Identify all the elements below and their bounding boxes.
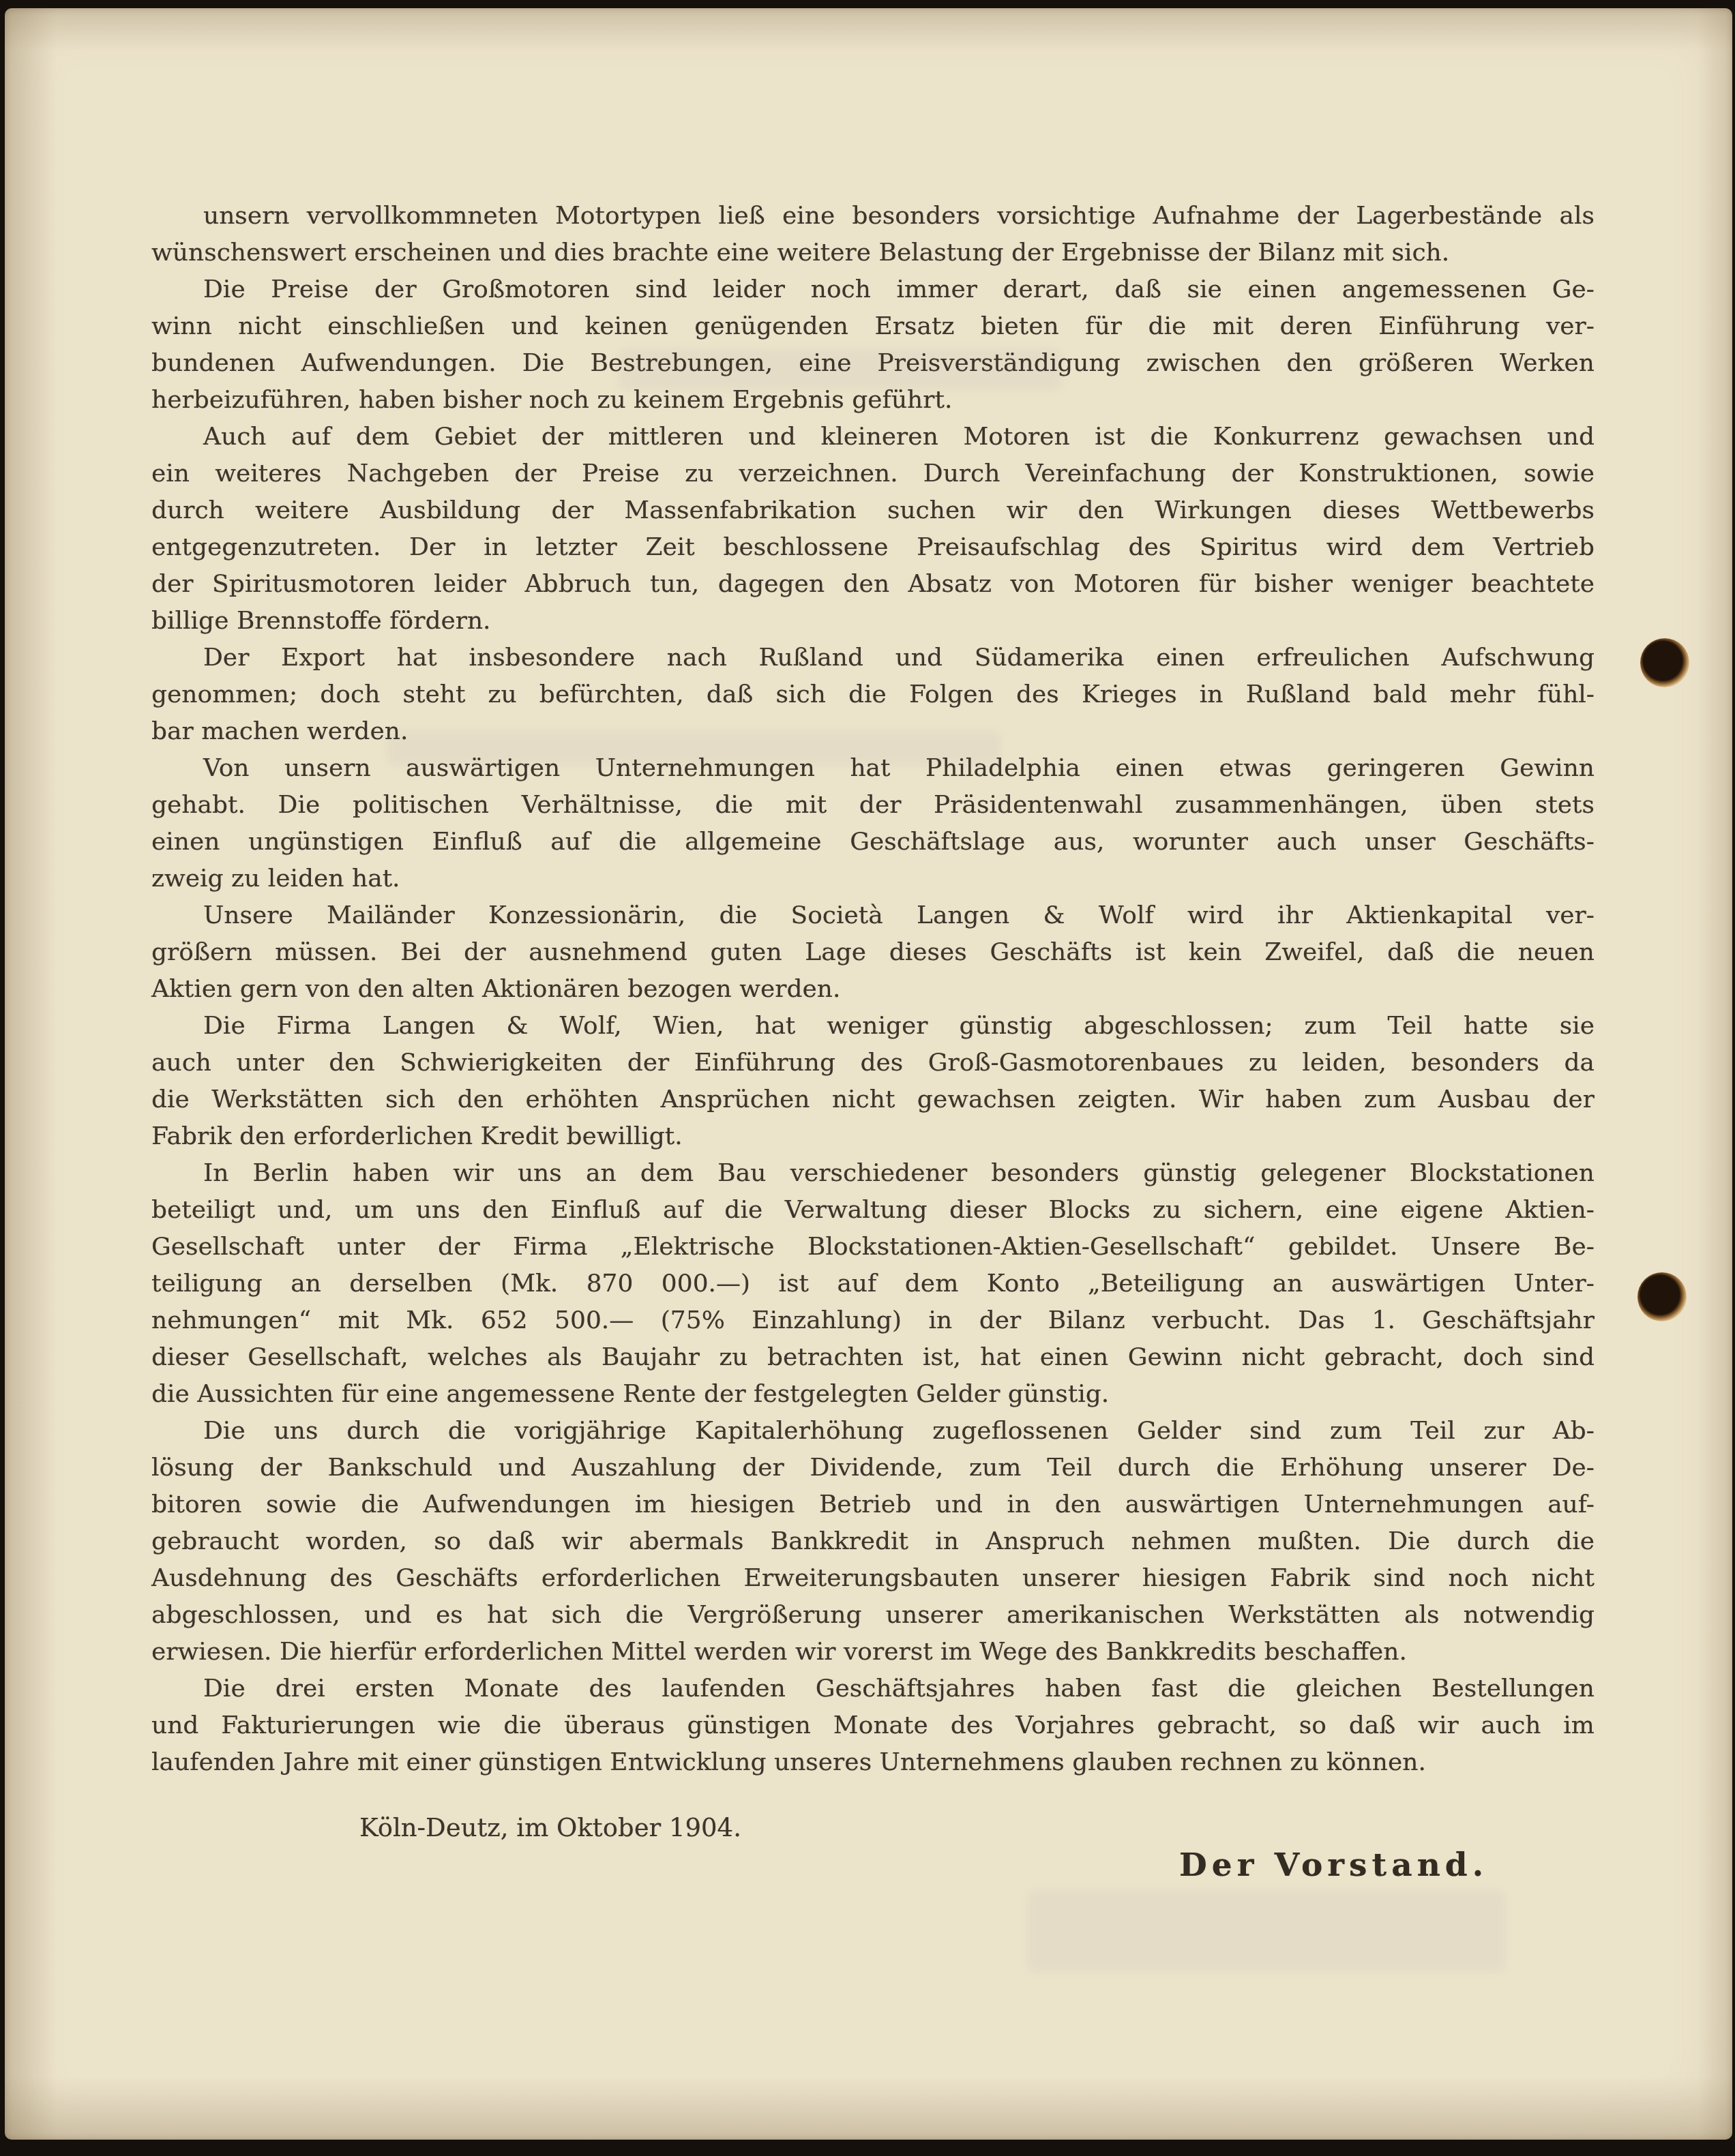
report-line: Gesellschaft unter der Firma „Elektrisch…: [151, 1229, 1595, 1266]
report-line: Fabrik den erforderlichen Kredit bewilli…: [151, 1118, 1595, 1155]
report-line: laufenden Jahre mit einer günstigen Entw…: [151, 1744, 1595, 1781]
report-line: und Fakturierungen wie die überaus günst…: [151, 1707, 1595, 1744]
report-line: abgeschlossen, und es hat sich die Vergr…: [151, 1597, 1595, 1634]
report-line: erwiesen. Die hierfür erforderlichen Mit…: [151, 1634, 1595, 1671]
report-line: Von unsern auswärtigen Unternehmungen ha…: [151, 750, 1595, 787]
paragraph: unsern vervollkommneten Motortypen ließ …: [151, 198, 1595, 271]
report-line: bundenen Aufwendungen. Die Bestrebungen,…: [151, 345, 1595, 382]
paragraph: Von unsern auswärtigen Unternehmungen ha…: [151, 750, 1595, 897]
report-line: Auch auf dem Gebiet der mittleren und kl…: [151, 419, 1595, 455]
dateline: Köln-Deutz, im Oktober 1904.: [359, 1810, 741, 1846]
report-line: nehmungen“ mit Mk. 652 500.— (75% Einzah…: [151, 1302, 1595, 1339]
report-line: durch weitere Ausbildung der Massenfabri…: [151, 492, 1595, 529]
report-line: dieser Gesellschaft, welches als Baujahr…: [151, 1339, 1595, 1376]
report-line: Unsere Mailänder Konzessionärin, die Soc…: [151, 897, 1595, 934]
scanned-page-background: unsern vervollkommneten Motortypen ließ …: [0, 0, 1735, 2156]
report-line: größern müssen. Bei der ausnehmend guten…: [151, 934, 1595, 971]
report-line: Ausdehnung des Geschäfts erforderlichen …: [151, 1560, 1595, 1597]
paragraph: Die Preise der Großmotoren sind leider n…: [151, 271, 1595, 419]
report-line: einen ungünstigen Einfluß auf die allgem…: [151, 824, 1595, 860]
report-line: zweig zu leiden hat.: [151, 860, 1595, 897]
paragraph: Die Firma Langen & Wolf, Wien, hat wenig…: [151, 1008, 1595, 1155]
report-line: Die Firma Langen & Wolf, Wien, hat wenig…: [151, 1008, 1595, 1045]
paragraph: Auch auf dem Gebiet der mittleren und kl…: [151, 419, 1595, 640]
report-line: bitoren sowie die Aufwendungen im hiesig…: [151, 1486, 1595, 1523]
report-line: wünschenswert erscheinen und dies bracht…: [151, 235, 1595, 271]
punch-hole-top: [1640, 638, 1689, 687]
paragraph: In Berlin haben wir uns an dem Bau versc…: [151, 1155, 1595, 1413]
report-line: die Aussichten für eine angemessene Rent…: [151, 1376, 1595, 1413]
paragraph: Der Export hat insbesondere nach Rußland…: [151, 640, 1595, 750]
report-line: Der Export hat insbesondere nach Rußland…: [151, 640, 1595, 676]
report-line: entgegenzutreten. Der in letzter Zeit be…: [151, 529, 1595, 566]
paragraph: Die drei ersten Monate des laufenden Ges…: [151, 1671, 1595, 1781]
report-line: winn nicht einschließen und keinen genüg…: [151, 308, 1595, 345]
report-line: In Berlin haben wir uns an dem Bau versc…: [151, 1155, 1595, 1192]
paragraph: Unsere Mailänder Konzessionärin, die Soc…: [151, 897, 1595, 1008]
report-line: Aktien gern von den alten Aktionären bez…: [151, 971, 1595, 1008]
report-line: Die drei ersten Monate des laufenden Ges…: [151, 1671, 1595, 1707]
report-line: auch unter den Schwierigkeiten der Einfü…: [151, 1045, 1595, 1081]
report-line: Die Preise der Großmotoren sind leider n…: [151, 271, 1595, 308]
bleed-through-ghost: [1028, 1890, 1505, 1972]
report-line: lösung der Bankschuld und Auszahlung der…: [151, 1450, 1595, 1486]
report-line: herbeizuführen, haben bisher noch zu kei…: [151, 382, 1595, 419]
signature-der-vorstand: Der Vorstand.: [1179, 1845, 1488, 1886]
punch-hole-bottom: [1637, 1272, 1687, 1321]
report-line: gehabt. Die politischen Verhältnisse, di…: [151, 787, 1595, 824]
report-line: Die uns durch die vorigjährige Kapitaler…: [151, 1413, 1595, 1450]
report-line: bar machen werden.: [151, 713, 1595, 750]
report-line: ein weiteres Nachgeben der Preise zu ver…: [151, 455, 1595, 492]
report-line: teiligung an derselben (Mk. 870 000.—) i…: [151, 1266, 1595, 1302]
report-line: beteiligt und, um uns den Einfluß auf di…: [151, 1192, 1595, 1229]
report-line: gebraucht worden, so daß wir abermals Ba…: [151, 1523, 1595, 1560]
report-body: unsern vervollkommneten Motortypen ließ …: [151, 198, 1595, 1781]
report-line: unsern vervollkommneten Motortypen ließ …: [151, 198, 1595, 235]
report-line: die Werkstätten sich den erhöhten Ansprü…: [151, 1081, 1595, 1118]
paragraph: Die uns durch die vorigjährige Kapitaler…: [151, 1413, 1595, 1671]
document-page: unsern vervollkommneten Motortypen ließ …: [5, 8, 1732, 2140]
report-line: billige Brennstoffe fördern.: [151, 603, 1595, 640]
report-line: der Spiritusmotoren leider Abbruch tun, …: [151, 566, 1595, 603]
report-line: genommen; doch steht zu befürchten, daß …: [151, 676, 1595, 713]
